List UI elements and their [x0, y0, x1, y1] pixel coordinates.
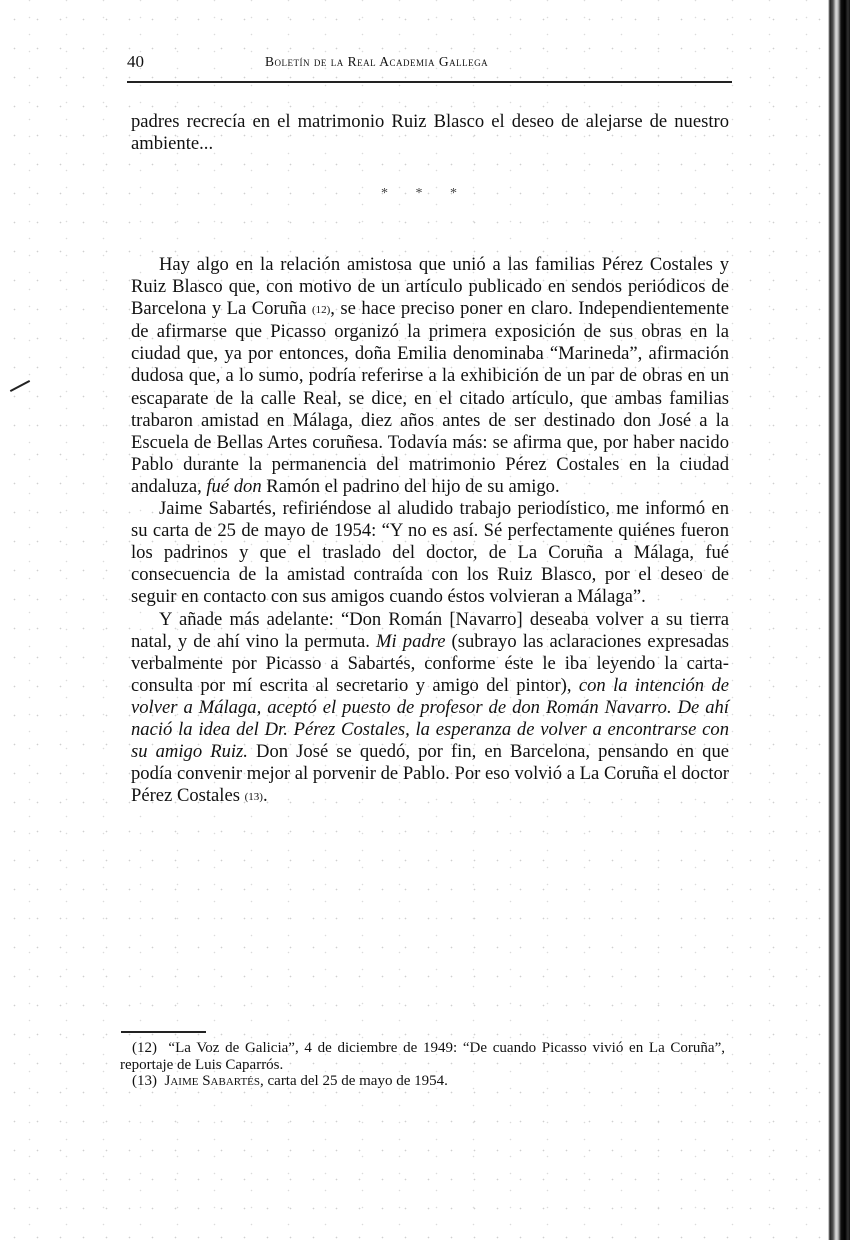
paragraph-3: Y añade más adelante: “Don Román [Navarr…: [131, 609, 729, 809]
footnotes: (12) “La Voz de Galicia”, 4 de diciembre…: [120, 1040, 725, 1090]
text-run: .: [263, 785, 268, 806]
footnote-number: (12): [132, 1040, 157, 1056]
text-run: Ramón el padrino del hijo de su amigo.: [262, 476, 560, 497]
footnote-12: (12) “La Voz de Galicia”, 4 de diciembre…: [120, 1040, 725, 1073]
footnote-text: , carta del 25 de mayo de 1954.: [260, 1073, 448, 1089]
page-header: 40 Boletín de la Real Academia Gallega: [127, 50, 732, 74]
footnote-13: (13) Jaime Sabartés, carta del 25 de may…: [120, 1073, 725, 1090]
paragraph-1: Hay algo en la relación amistosa que uni…: [131, 254, 729, 498]
main-text: Hay algo en la relación amistosa que uni…: [131, 254, 729, 808]
text-run: , se hace preciso poner en claro. Indepe…: [131, 298, 729, 497]
section-separator: * * *: [0, 186, 850, 202]
footnote-ref-12: (12): [312, 304, 330, 316]
italic-run: fué don: [206, 476, 261, 497]
page-number: 40: [127, 52, 144, 72]
footnote-rule: [121, 1031, 206, 1033]
margin-pen-mark: [10, 380, 30, 392]
footnote-author: Jaime Sabartés: [165, 1073, 261, 1089]
continued-paragraph: padres recrecía en el matrimonio Ruiz Bl…: [131, 111, 729, 155]
paragraph-continuation: padres recrecía en el matrimonio Ruiz Bl…: [131, 111, 729, 155]
footnote-number: (13): [132, 1073, 157, 1089]
italic-run: Mi padre: [376, 631, 445, 652]
header-rule: [127, 81, 732, 83]
footnote-text: “La Voz de Galicia”, 4 de diciembre de 1…: [120, 1040, 725, 1073]
footnote-ref-13: (13): [245, 791, 263, 803]
paragraph-2: Jaime Sabartés, refiriéndose al aludido …: [131, 498, 729, 608]
running-title: Boletín de la Real Academia Gallega: [265, 54, 488, 70]
